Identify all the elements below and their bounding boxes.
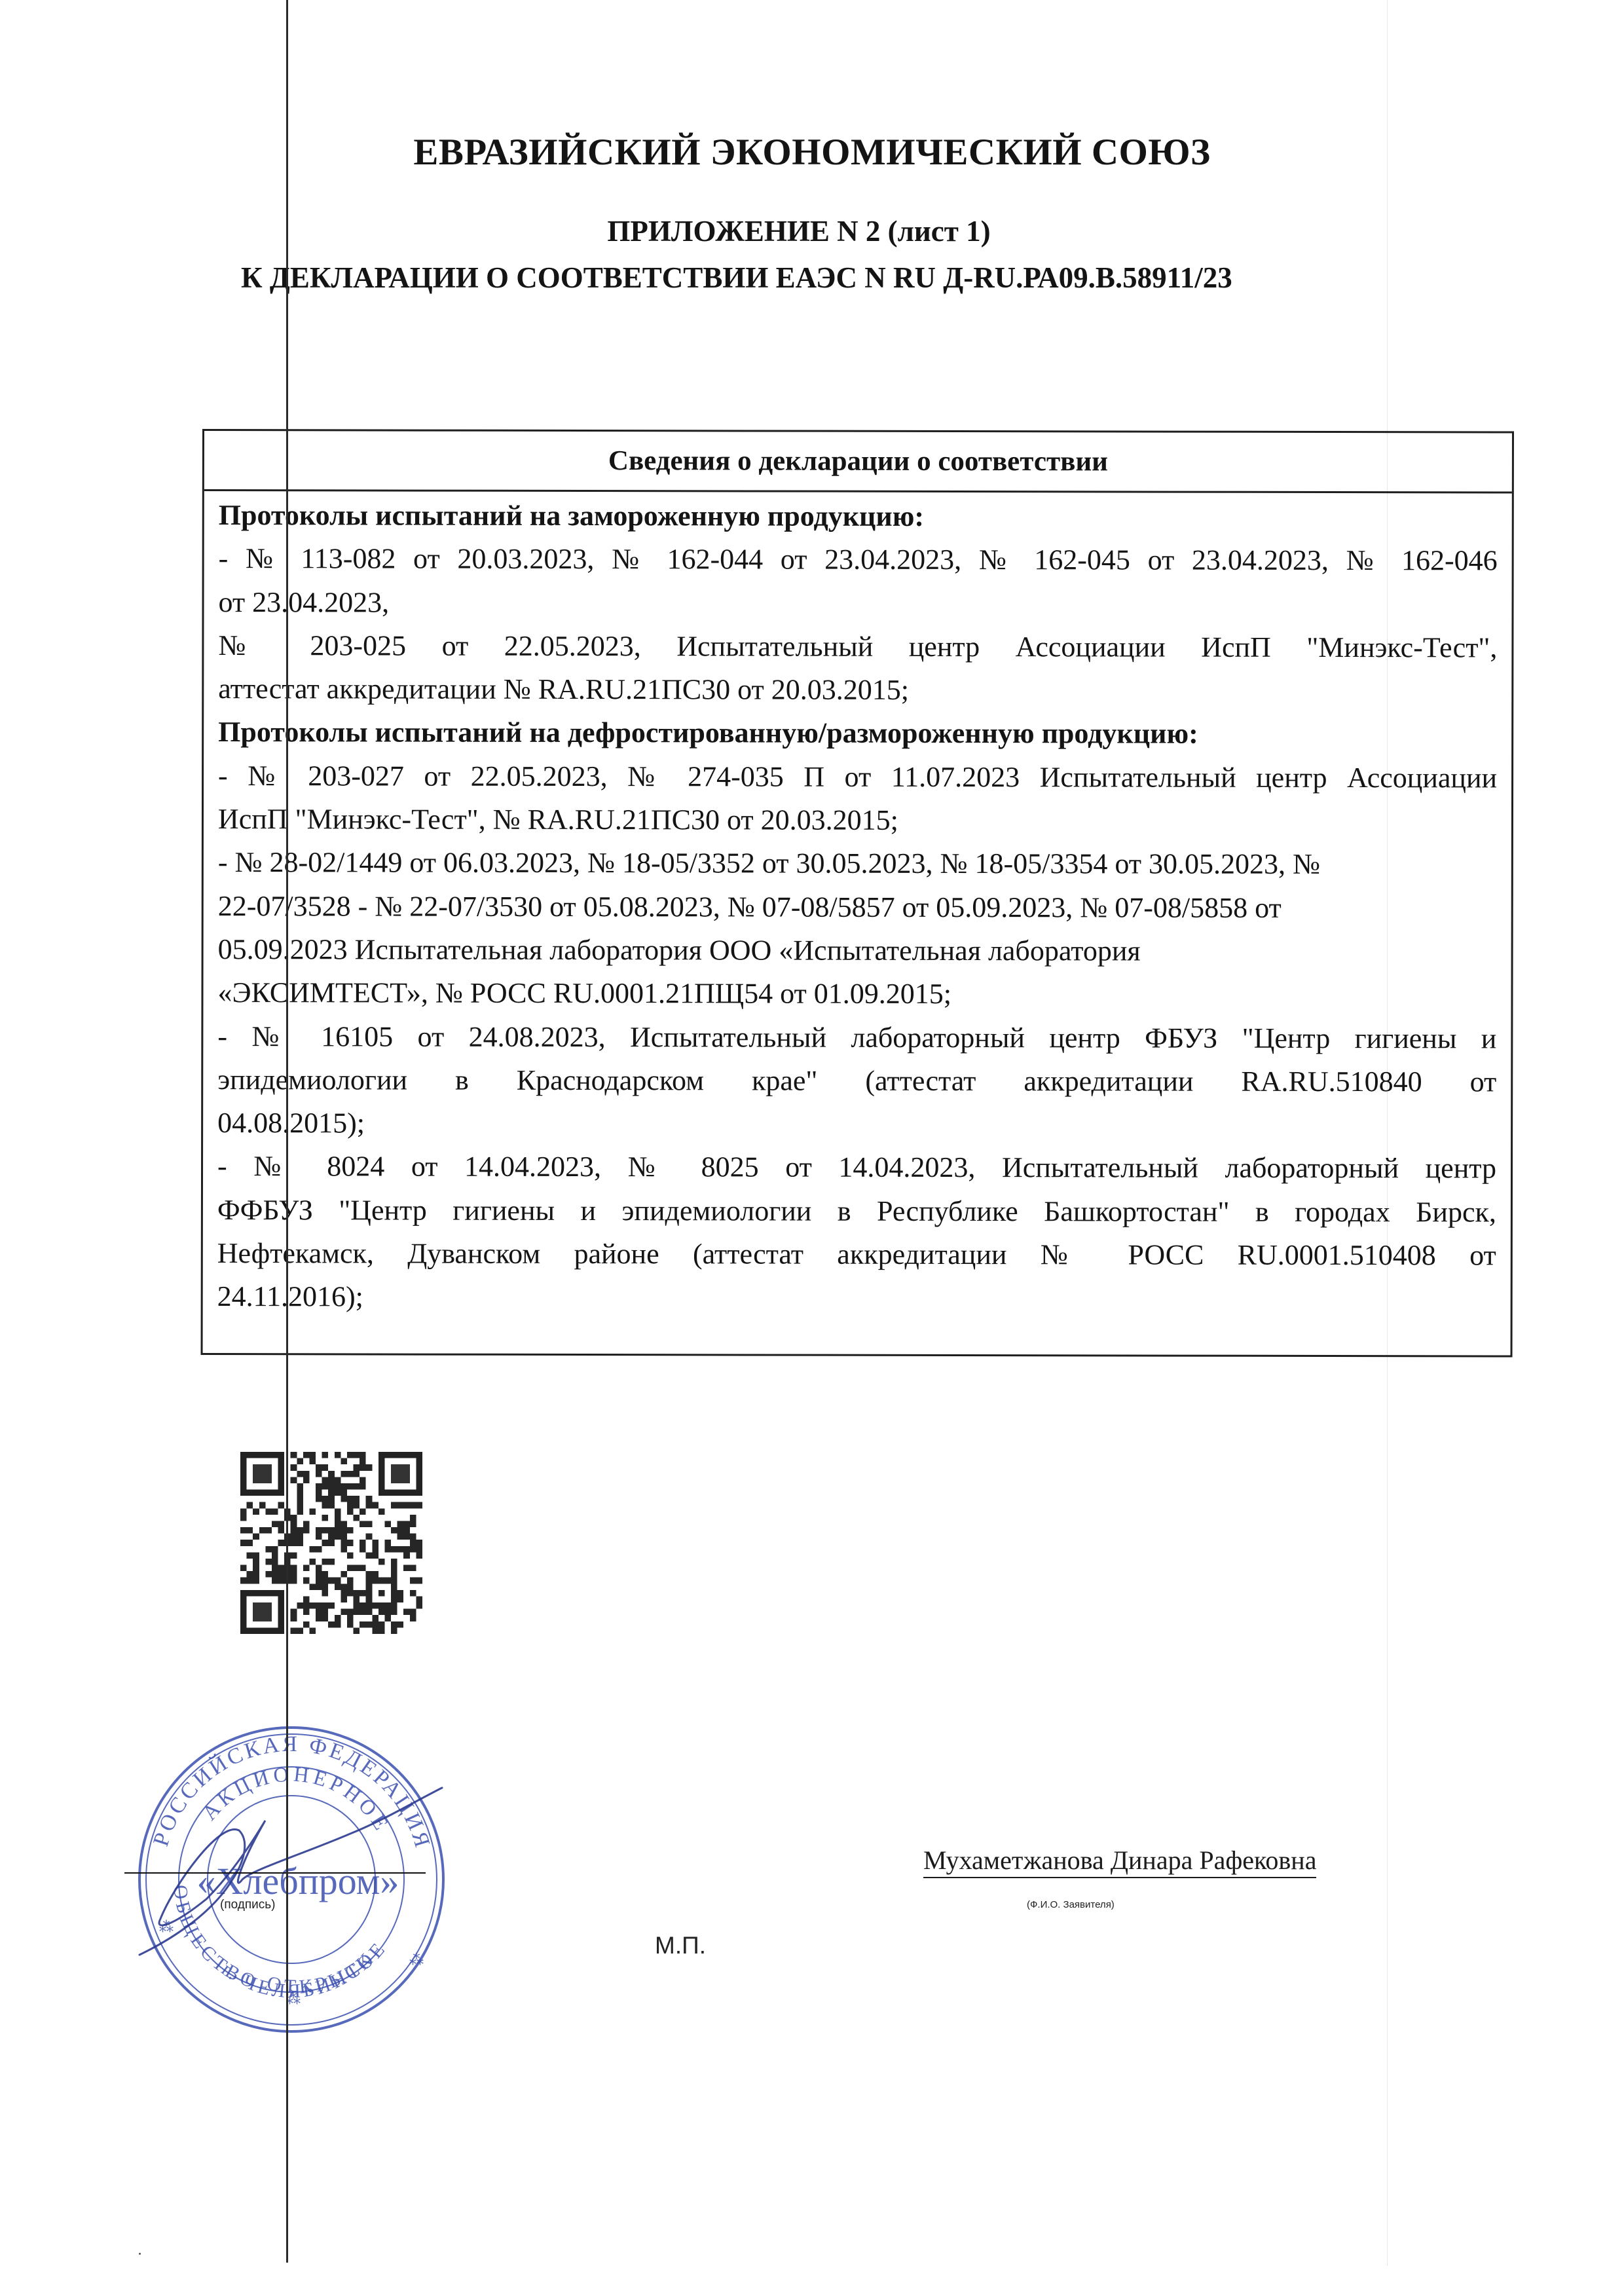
table-header: Сведения о декларации о соответствии bbox=[204, 431, 1512, 493]
protocol-line: 24.11.2016); bbox=[217, 1275, 1496, 1321]
protocol-line: «ЭКСИМТЕСТ», № РОСС RU.0001.21ПЩ54 от 01… bbox=[217, 971, 1496, 1017]
signature-caption: (подпись) bbox=[220, 1898, 275, 1912]
protocol-line: - № 28-02/1449 от 06.03.2023, № 18-05/33… bbox=[218, 841, 1497, 887]
svg-text:⁂: ⁂ bbox=[286, 1991, 301, 2007]
protocol-line: Нефтекамск, Дуванском районе (аттестат а… bbox=[217, 1232, 1496, 1278]
protocol-line: эпидемиологии в Краснодарском крае" (атт… bbox=[217, 1058, 1496, 1104]
svg-text:⁂: ⁂ bbox=[159, 1919, 174, 1935]
protocol-line: от 23.04.2023, bbox=[218, 581, 1497, 627]
protocol-line: - № 16105 от 24.08.2023, Испытательный л… bbox=[217, 1015, 1496, 1061]
protocol-line: - № 113-082 от 20.03.2023, № 162-044 от … bbox=[219, 537, 1498, 583]
protocol-line: 22-07/3528 - № 22-07/3530 от 05.08.2023,… bbox=[218, 885, 1497, 931]
document-title: ЕВРАЗИЙСКИЙ ЭКОНОМИЧЕСКИЙ СОЮЗ bbox=[0, 131, 1624, 174]
protocol-line: 05.09.2023 Испытательная лаборатория ООО… bbox=[218, 928, 1497, 974]
svg-text:РОССИЙСКАЯ ФЕДЕРАЦИЯ: РОССИЙСКАЯ ФЕДЕРАЦИЯ bbox=[149, 1732, 435, 1853]
seal-place-label: М.П. bbox=[655, 1932, 706, 1959]
signature-line bbox=[124, 1872, 426, 1874]
applicant-name-caption: (Ф.И.О. Заявителя) bbox=[1027, 1899, 1115, 1910]
svg-text:⁂: ⁂ bbox=[409, 1952, 424, 1968]
section-heading: Протоколы испытаний на дефростированную/… bbox=[218, 711, 1497, 757]
protocol-line: - № 203-027 от 22.05.2023, № 274-035 П о… bbox=[218, 754, 1497, 800]
protocol-line: аттестат аккредитации № RA.RU.21ПС30 от … bbox=[218, 667, 1497, 713]
protocol-line: № 203-025 от 22.05.2023, Испытательный ц… bbox=[218, 624, 1497, 670]
table-body: Протоколы испытаний на замороженную прод… bbox=[203, 491, 1512, 1321]
svg-text:«Хлебпром»: «Хлебпром» bbox=[197, 1860, 399, 1902]
company-stamp: РОССИЙСКАЯ ФЕДЕРАЦИЯ АКЦИОНЕРНОЕ ОТКРЫТО… bbox=[134, 1722, 449, 2037]
declaration-number-heading: К ДЕКЛАРАЦИИ О СООТВЕТСТВИИ ЕАЭС N RU Д-… bbox=[241, 261, 1367, 295]
declaration-info-table: Сведения о декларации о соответствии Про… bbox=[201, 429, 1514, 1357]
applicant-name: Мухаметжанова Динара Рафековна bbox=[923, 1845, 1316, 1878]
protocol-line: 04.08.2015); bbox=[217, 1102, 1496, 1147]
qr-code-icon[interactable] bbox=[240, 1452, 422, 1634]
protocol-line: ФФБУЗ "Центр гигиены и эпидемиологии в Р… bbox=[217, 1189, 1496, 1234]
scan-artifact-line bbox=[286, 0, 288, 2263]
protocol-line: - № 8024 от 14.04.2023, № 8025 от 14.04.… bbox=[217, 1145, 1496, 1191]
protocol-line: ИспП "Минэкс-Тест", № RA.RU.21ПС30 от 20… bbox=[218, 798, 1497, 843]
scan-speck bbox=[139, 2253, 141, 2255]
appendix-heading: ПРИЛОЖЕНИЕ N 2 (лист 1) bbox=[0, 214, 1598, 248]
svg-text:ОТКРЫТОЕ: ОТКРЫТОЕ bbox=[262, 1907, 394, 2029]
section-heading: Протоколы испытаний на замороженную прод… bbox=[219, 494, 1498, 540]
